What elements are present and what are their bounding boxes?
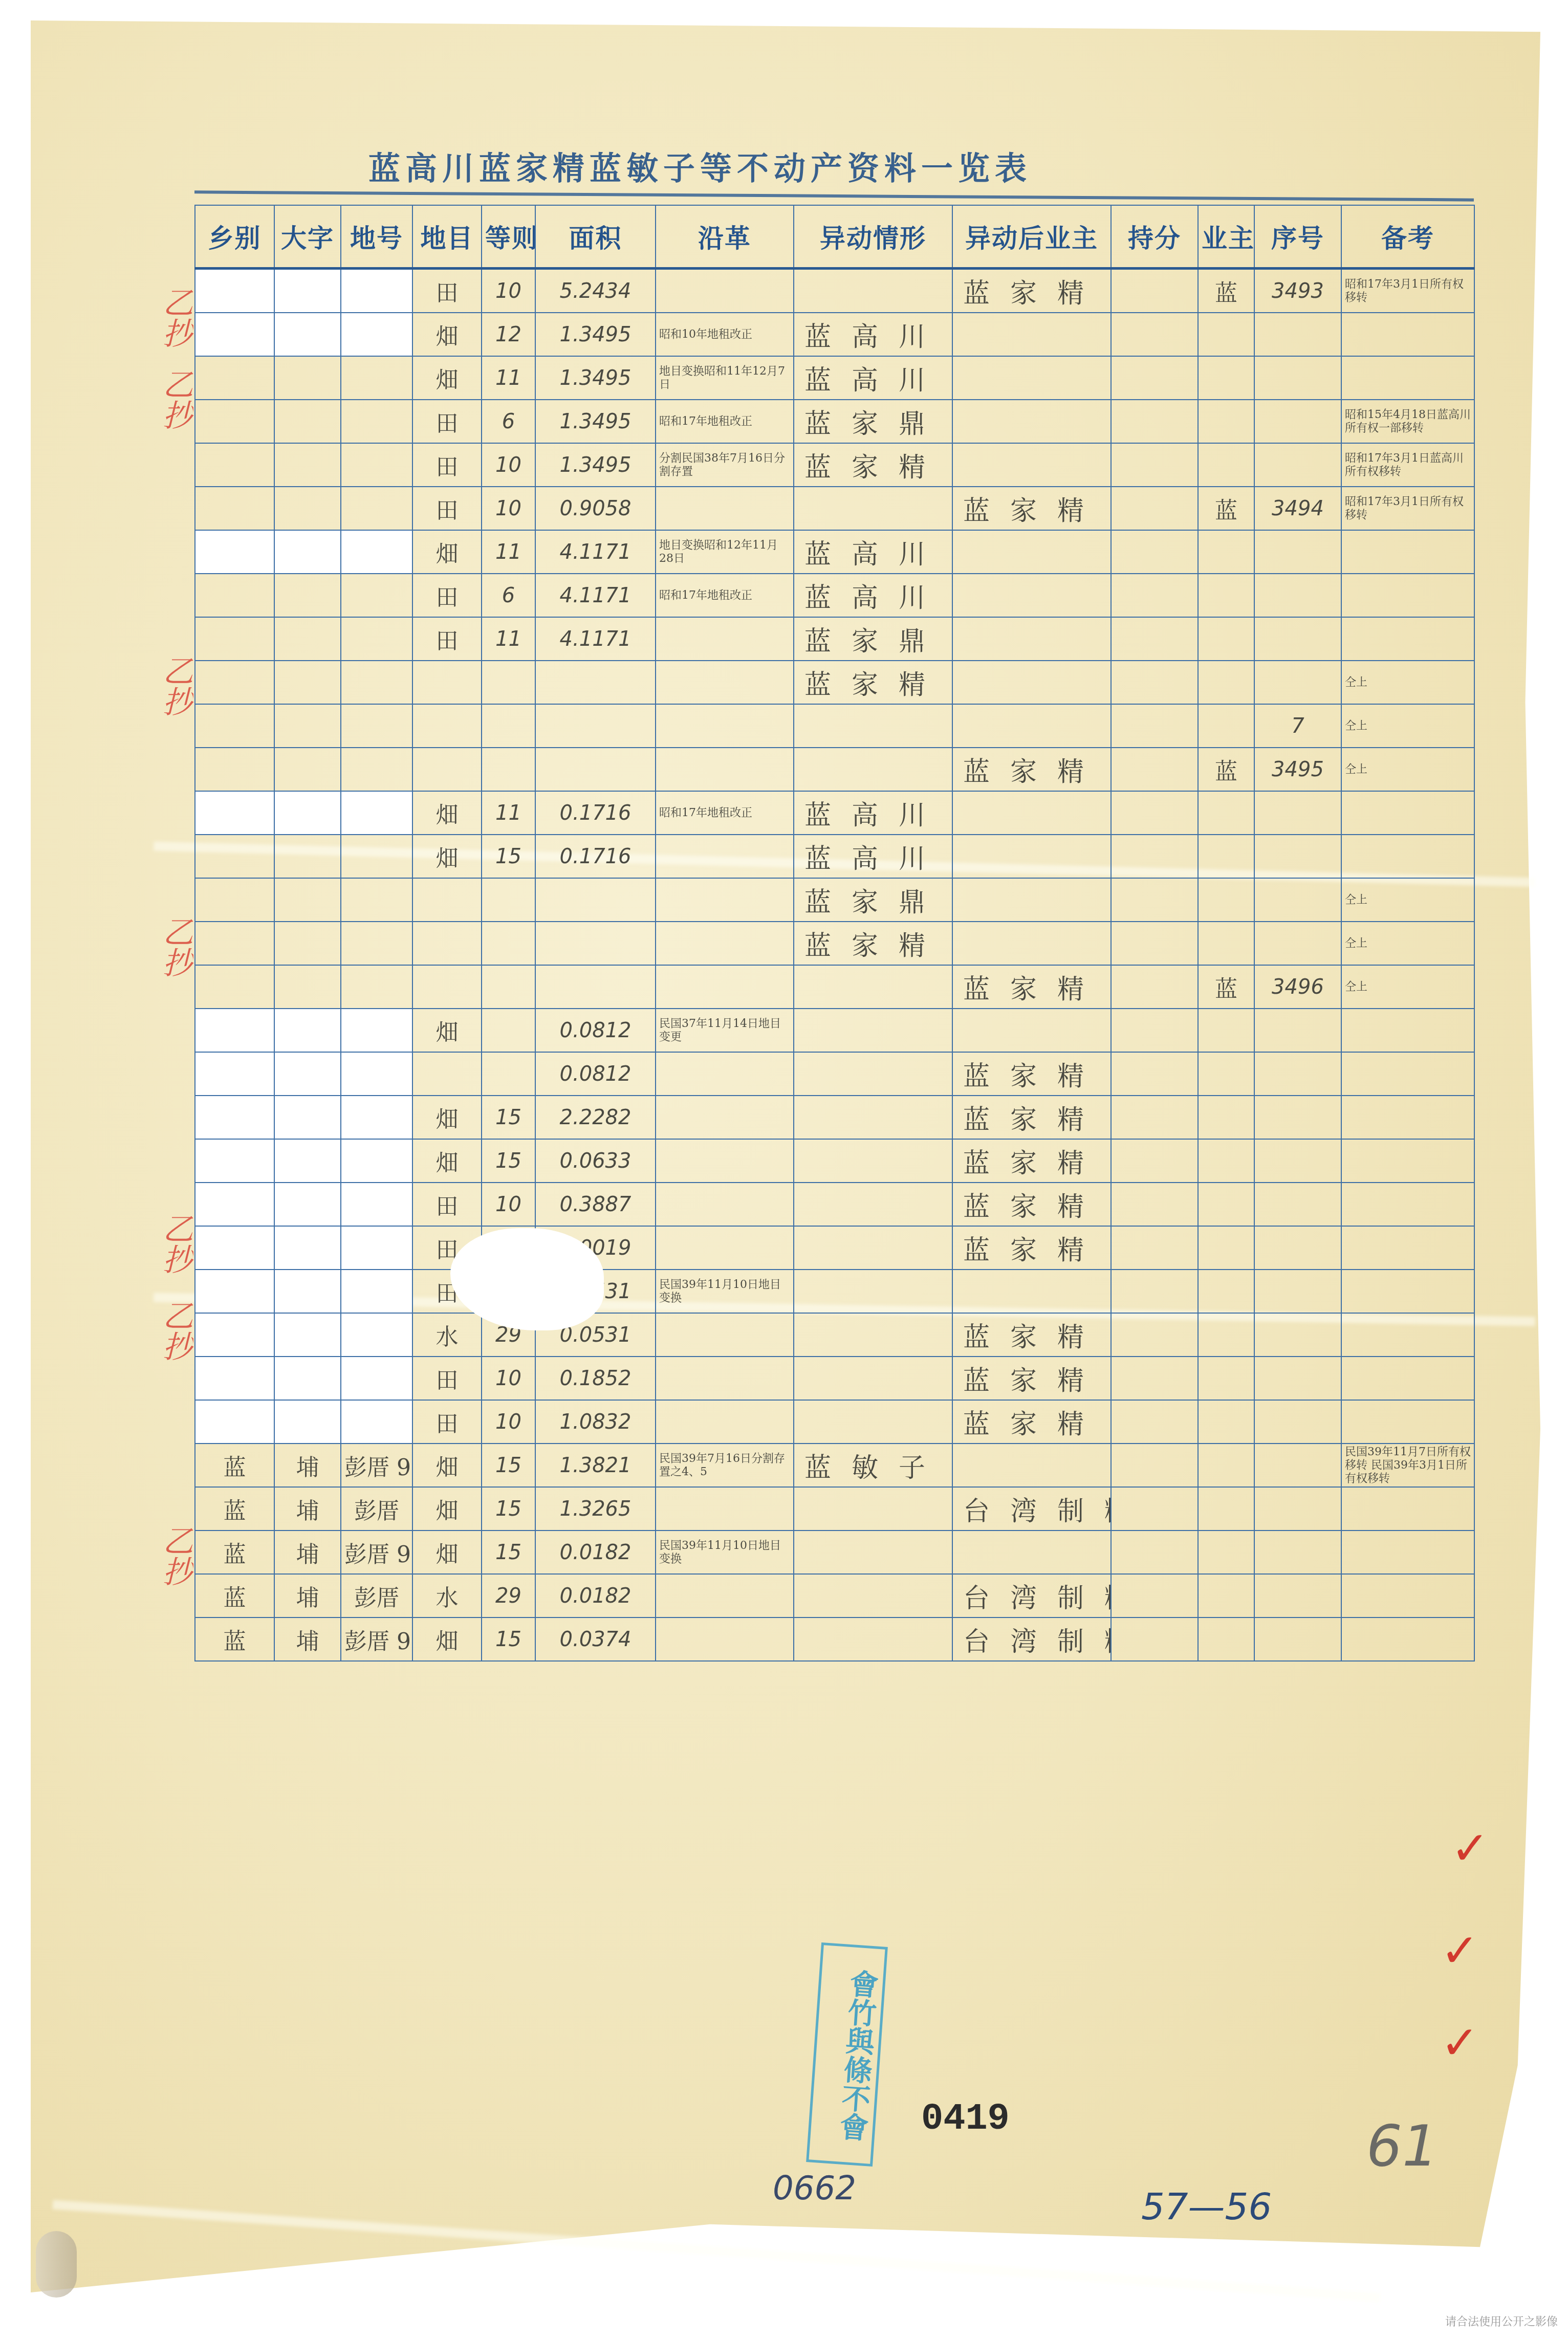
cell-new-owner: 蓝家精 (952, 1183, 1111, 1226)
column-header: 面积 (535, 205, 656, 269)
cell-history (656, 1139, 794, 1183)
cell-district (195, 574, 274, 617)
cell-remark (1341, 1617, 1474, 1661)
table-row: 畑152.2282蓝家精 (195, 1096, 1474, 1139)
archive-logo-icon (36, 2231, 77, 2298)
cell-land: 畑 (412, 530, 482, 574)
cell-prefix (1198, 1531, 1254, 1574)
cell-area: 1.3495 (535, 356, 656, 400)
cell-land: 水 (412, 1574, 482, 1617)
cell-owner (794, 1313, 952, 1357)
cell-area: 0.1716 (535, 791, 656, 835)
cell-village (274, 617, 341, 661)
cell-section (341, 530, 412, 574)
cell-share (1111, 791, 1198, 835)
cell-land: 畑 (412, 1096, 482, 1139)
cell-land: 田 (412, 574, 482, 617)
cell-area (535, 704, 656, 748)
cell-remark: 仝上 (1341, 661, 1474, 704)
cell-remark: 仝上 (1341, 922, 1474, 965)
cell-remark: 仝上 (1341, 878, 1474, 922)
table-row: 田101.0832蓝家精 (195, 1400, 1474, 1444)
cell-grade: 15 (482, 1531, 535, 1574)
cell-district (195, 1270, 274, 1313)
cell-area: 1.3265 (535, 1487, 656, 1531)
cell-land (412, 965, 482, 1009)
cell-new-owner (952, 922, 1111, 965)
column-header: 异动后业主 (952, 205, 1111, 269)
cell-district (195, 1226, 274, 1270)
cell-area: 1.3495 (535, 443, 656, 487)
cell-land: 畑 (412, 1444, 482, 1487)
cell-remark (1341, 1052, 1474, 1096)
cell-history (656, 1617, 794, 1661)
cell-land: 畑 (412, 1617, 482, 1661)
cell-share (1111, 443, 1198, 487)
cell-new-owner (952, 617, 1111, 661)
red-check-icon: ✓ (1451, 1822, 1489, 1875)
cell-district (195, 791, 274, 835)
cell-share (1111, 1487, 1198, 1531)
cell-remark (1341, 1183, 1474, 1226)
cell-prefix: 蓝 (1198, 748, 1254, 791)
cell-land (412, 704, 482, 748)
cell-prefix (1198, 443, 1254, 487)
cell-share (1111, 1270, 1198, 1313)
cell-district (195, 878, 274, 922)
cell-grade: 11 (482, 617, 535, 661)
cell-remark (1341, 791, 1474, 835)
handwritten-number-right: 61 (1366, 2113, 1438, 2179)
cell-share (1111, 487, 1198, 530)
cell-new-owner (952, 313, 1111, 356)
table-row: 田105.2434蓝家精蓝3493昭和17年3月1日所有权移转 (195, 269, 1474, 313)
cell-history (656, 1313, 794, 1357)
cell-land: 田 (412, 269, 482, 313)
cell-grade (482, 661, 535, 704)
red-margin-note: 乙抄 (154, 368, 198, 430)
table-row: 蓝家鼎仝上 (195, 878, 1474, 922)
cell-prefix (1198, 617, 1254, 661)
cell-remark: 民国39年11月7日所有权移转 民国39年3月1日所有权移转 (1341, 1444, 1474, 1487)
cell-serial (1254, 1444, 1341, 1487)
cell-grade: 10 (482, 1183, 535, 1226)
cell-section (341, 748, 412, 791)
cell-village: 埔 (274, 1617, 341, 1661)
table-row: 畑0.0812民国37年11月14日地目变更 (195, 1009, 1474, 1052)
cell-district (195, 617, 274, 661)
cell-land: 畑 (412, 356, 482, 400)
cell-district (195, 530, 274, 574)
cell-prefix: 蓝 (1198, 965, 1254, 1009)
cell-land (412, 661, 482, 704)
cell-new-owner (952, 1444, 1111, 1487)
cell-share (1111, 356, 1198, 400)
table-row: 田61.3495昭和17年地租改正蓝家鼎昭和15年4月18日蓝高川所有权一部移转 (195, 400, 1474, 443)
cell-prefix (1198, 1487, 1254, 1531)
table-row: 水290.0531蓝家精 (195, 1313, 1474, 1357)
cell-new-owner (952, 574, 1111, 617)
cell-remark: 仝上 (1341, 965, 1474, 1009)
cell-history: 地目变换昭和12年11月28日 (656, 530, 794, 574)
cell-owner: 蓝家鼎 (794, 400, 952, 443)
cell-history: 民国37年11月14日地目变更 (656, 1009, 794, 1052)
table-row: 畑150.1716蓝高川 (195, 835, 1474, 878)
cell-village (274, 1270, 341, 1313)
cell-grade (482, 1052, 535, 1096)
column-header: 地目 (412, 205, 482, 269)
cell-history: 民国39年7月16日分割存置之4、5 (656, 1444, 794, 1487)
cell-grade (482, 922, 535, 965)
cell-area: 0.0182 (535, 1574, 656, 1617)
cell-section (341, 835, 412, 878)
cell-owner (794, 487, 952, 530)
cell-village (274, 1096, 341, 1139)
cell-owner (794, 704, 952, 748)
cell-history: 地目变换昭和11年12月7日 (656, 356, 794, 400)
cell-section (341, 1357, 412, 1400)
cell-remark (1341, 1313, 1474, 1357)
cell-owner: 蓝家鼎 (794, 878, 952, 922)
cell-new-owner (952, 1270, 1111, 1313)
cell-prefix (1198, 922, 1254, 965)
table-row: 7仝上 (195, 704, 1474, 748)
table-row: 蓝埔彭厝 929-4畑150.0182民国39年11月10日地目变换 (195, 1531, 1474, 1574)
cell-grade (482, 1009, 535, 1052)
cell-area (535, 922, 656, 965)
cell-serial: 7 (1254, 704, 1341, 748)
cell-village (274, 878, 341, 922)
cell-grade: 10 (482, 443, 535, 487)
cell-village (274, 1313, 341, 1357)
cell-land: 水 (412, 1313, 482, 1357)
cell-new-owner: 蓝家精 (952, 487, 1111, 530)
cell-village: 埔 (274, 1444, 341, 1487)
cell-grade: 11 (482, 791, 535, 835)
cell-grade: 6 (482, 574, 535, 617)
cell-owner: 蓝高川 (794, 530, 952, 574)
cell-share (1111, 1617, 1198, 1661)
table-row: 蓝埔彭厝水290.0182台湾制糖株式会社 (195, 1574, 1474, 1617)
cell-village (274, 1139, 341, 1183)
cell-village: 埔 (274, 1574, 341, 1617)
cell-new-owner: 蓝家精 (952, 965, 1111, 1009)
cell-land: 畑 (412, 1139, 482, 1183)
cell-land: 田 (412, 487, 482, 530)
cell-section (341, 1009, 412, 1052)
cell-new-owner: 蓝家精 (952, 269, 1111, 313)
cell-serial (1254, 1052, 1341, 1096)
cell-section (341, 1052, 412, 1096)
column-header: 沿革 (656, 205, 794, 269)
cell-owner (794, 1009, 952, 1052)
table-row: 田100.0019蓝家精 (195, 1226, 1474, 1270)
document-title: 蓝高川蓝家精蓝敏子等不动产资料一览表 (368, 143, 1032, 189)
cell-serial: 3493 (1254, 269, 1341, 313)
cell-village (274, 1400, 341, 1444)
cell-district (195, 487, 274, 530)
cell-land (412, 1052, 482, 1096)
cell-land: 田 (412, 1400, 482, 1444)
cell-serial (1254, 530, 1341, 574)
table-row: 蓝埔彭厝 929-1畑151.3821民国39年7月16日分割存置之4、5蓝敏子… (195, 1444, 1474, 1487)
cell-district (195, 922, 274, 965)
table-row: 蓝家精蓝3496仝上 (195, 965, 1474, 1009)
cell-remark (1341, 530, 1474, 574)
cell-remark: 昭和17年3月1日所有权移转 (1341, 269, 1474, 313)
table-row: 田100.0531民国39年11月10日地目变换 (195, 1270, 1474, 1313)
cell-village (274, 748, 341, 791)
cell-district (195, 1400, 274, 1444)
cell-prefix (1198, 1226, 1254, 1270)
table-row: 畑114.1171地目变换昭和12年11月28日蓝高川 (195, 530, 1474, 574)
cell-land (412, 878, 482, 922)
table-row: 田100.9058蓝家精蓝3494昭和17年3月1日所有权移转 (195, 487, 1474, 530)
cell-grade (482, 704, 535, 748)
cell-district (195, 1052, 274, 1096)
cell-village (274, 791, 341, 835)
cell-remark: 仝上 (1341, 704, 1474, 748)
cell-owner (794, 1096, 952, 1139)
cell-district (195, 1313, 274, 1357)
cell-district (195, 1183, 274, 1226)
cell-history: 分割民国38年7月16日分割存置 (656, 443, 794, 487)
cell-section (341, 878, 412, 922)
cell-owner (794, 269, 952, 313)
cell-owner: 蓝高川 (794, 791, 952, 835)
cell-village: 埔 (274, 1531, 341, 1574)
cell-history (656, 704, 794, 748)
cell-owner: 蓝高川 (794, 835, 952, 878)
cell-remark (1341, 1487, 1474, 1531)
cell-village (274, 1183, 341, 1226)
column-header: 乡别 (195, 205, 274, 269)
cell-prefix (1198, 1617, 1254, 1661)
cell-land (412, 922, 482, 965)
cell-share (1111, 748, 1198, 791)
cell-grade (482, 965, 535, 1009)
cell-remark (1341, 1357, 1474, 1400)
cell-land (412, 748, 482, 791)
cell-history: 昭和10年地租改正 (656, 313, 794, 356)
cell-area: 5.2434 (535, 269, 656, 313)
table-row: 畑110.1716昭和17年地租改正蓝高川 (195, 791, 1474, 835)
cell-section (341, 1139, 412, 1183)
cell-grade: 15 (482, 835, 535, 878)
cell-village (274, 313, 341, 356)
cell-section (341, 1400, 412, 1444)
cell-owner: 蓝家精 (794, 661, 952, 704)
cell-serial (1254, 1270, 1341, 1313)
column-header: 备考 (1341, 205, 1474, 269)
cell-owner: 蓝家精 (794, 922, 952, 965)
cell-area (535, 965, 656, 1009)
cell-share (1111, 313, 1198, 356)
column-header: 序号 (1254, 205, 1341, 269)
cell-share (1111, 922, 1198, 965)
cell-owner (794, 748, 952, 791)
cell-district: 蓝 (195, 1531, 274, 1574)
cell-new-owner (952, 356, 1111, 400)
cell-history: 昭和17年地租改正 (656, 574, 794, 617)
column-header: 等则 (482, 205, 535, 269)
cell-history (656, 878, 794, 922)
cell-section: 彭厝 929-1 (341, 1444, 412, 1487)
cell-village (274, 1226, 341, 1270)
cell-area: 0.0633 (535, 1139, 656, 1183)
cell-new-owner (952, 704, 1111, 748)
cell-section (341, 791, 412, 835)
cell-serial (1254, 356, 1341, 400)
cell-history (656, 965, 794, 1009)
cell-district: 蓝 (195, 1487, 274, 1531)
cell-area: 1.3495 (535, 313, 656, 356)
cell-owner (794, 965, 952, 1009)
cell-serial (1254, 1357, 1341, 1400)
cell-history: 民国39年11月10日地目变换 (656, 1531, 794, 1574)
cell-share (1111, 878, 1198, 922)
red-check-icon: ✓ (1441, 2016, 1479, 2070)
cell-section (341, 661, 412, 704)
cell-land: 畑 (412, 791, 482, 835)
cell-remark (1341, 574, 1474, 617)
cell-grade (482, 878, 535, 922)
cell-serial (1254, 617, 1341, 661)
cell-owner (794, 1226, 952, 1270)
cell-serial (1254, 1617, 1341, 1661)
cell-prefix: 蓝 (1198, 269, 1254, 313)
cell-new-owner (952, 1009, 1111, 1052)
cell-grade: 6 (482, 400, 535, 443)
cell-prefix (1198, 1139, 1254, 1183)
cell-area: 1.3495 (535, 400, 656, 443)
cell-new-owner (952, 443, 1111, 487)
column-header: 持分 (1111, 205, 1198, 269)
cell-land: 畑 (412, 313, 482, 356)
cell-owner (794, 1183, 952, 1226)
cell-share (1111, 574, 1198, 617)
serial-number-stamp: 0419 (921, 2098, 1010, 2140)
cell-history (656, 487, 794, 530)
cell-new-owner: 台湾制糖株式会社 (952, 1487, 1111, 1531)
cell-grade: 15 (482, 1139, 535, 1183)
cell-serial (1254, 1096, 1341, 1139)
cell-district (195, 400, 274, 443)
cell-village (274, 1052, 341, 1096)
cell-grade: 10 (482, 1357, 535, 1400)
cell-share (1111, 835, 1198, 878)
cell-grade: 10 (482, 487, 535, 530)
cell-grade: 15 (482, 1444, 535, 1487)
cell-section (341, 922, 412, 965)
cell-area: 0.1716 (535, 835, 656, 878)
cell-history (656, 269, 794, 313)
cell-land: 畑 (412, 1009, 482, 1052)
cell-share (1111, 1357, 1198, 1400)
cell-owner (794, 1357, 952, 1400)
cell-history (656, 1183, 794, 1226)
cell-land: 田 (412, 617, 482, 661)
cell-prefix (1198, 661, 1254, 704)
cell-owner (794, 1270, 952, 1313)
column-header: 业主 (1198, 205, 1254, 269)
cell-history (656, 922, 794, 965)
cell-prefix (1198, 1096, 1254, 1139)
cell-history (656, 748, 794, 791)
cell-owner (794, 1400, 952, 1444)
cell-share (1111, 617, 1198, 661)
cell-new-owner (952, 878, 1111, 922)
cell-share (1111, 1009, 1198, 1052)
cell-history: 昭和17年地租改正 (656, 400, 794, 443)
red-margin-note: 乙抄 (154, 287, 198, 348)
cell-share (1111, 269, 1198, 313)
cell-remark (1341, 1574, 1474, 1617)
cell-new-owner (952, 1531, 1111, 1574)
cell-area: 0.1852 (535, 1357, 656, 1400)
cell-prefix (1198, 1183, 1254, 1226)
cell-remark: 昭和17年3月1日蓝高川所有权移转 (1341, 443, 1474, 487)
cell-history (656, 835, 794, 878)
cell-serial: 3495 (1254, 748, 1341, 791)
cell-remark (1341, 1096, 1474, 1139)
cell-remark (1341, 313, 1474, 356)
cell-serial (1254, 661, 1341, 704)
cell-village: 埔 (274, 1487, 341, 1531)
cell-remark (1341, 1400, 1474, 1444)
cell-share (1111, 661, 1198, 704)
cell-area: 0.9058 (535, 487, 656, 530)
cell-district (195, 1139, 274, 1183)
cell-section (341, 1270, 412, 1313)
cell-village (274, 1009, 341, 1052)
cell-new-owner (952, 791, 1111, 835)
cell-land: 田 (412, 400, 482, 443)
cell-share (1111, 1574, 1198, 1617)
cell-serial (1254, 1400, 1341, 1444)
cell-grade: 11 (482, 356, 535, 400)
cell-owner: 蓝高川 (794, 313, 952, 356)
cell-remark (1341, 1226, 1474, 1270)
cell-remark (1341, 835, 1474, 878)
cell-new-owner: 蓝家精 (952, 748, 1111, 791)
cell-area: 0.3887 (535, 1183, 656, 1226)
red-margin-note: 乙抄 (154, 1525, 198, 1586)
cell-share (1111, 1226, 1198, 1270)
table-row: 田100.1852蓝家精 (195, 1357, 1474, 1400)
cell-area (535, 878, 656, 922)
cell-village (274, 400, 341, 443)
cell-grade: 10 (482, 1400, 535, 1444)
cell-new-owner: 蓝家精 (952, 1400, 1111, 1444)
cell-remark (1341, 1139, 1474, 1183)
red-margin-note: 乙抄 (154, 655, 198, 716)
cell-village (274, 487, 341, 530)
cell-district (195, 1009, 274, 1052)
cell-district (195, 965, 274, 1009)
cell-land: 田 (412, 1183, 482, 1226)
table-row: 畑121.3495昭和10年地租改正蓝高川 (195, 313, 1474, 356)
table-row: 畑150.0633蓝家精 (195, 1139, 1474, 1183)
cell-remark: 仝上 (1341, 748, 1474, 791)
cell-owner (794, 1139, 952, 1183)
cell-section (341, 574, 412, 617)
cell-remark (1341, 1531, 1474, 1574)
cell-district (195, 704, 274, 748)
cell-grade: 29 (482, 1574, 535, 1617)
cell-grade: 12 (482, 313, 535, 356)
cell-area (535, 661, 656, 704)
